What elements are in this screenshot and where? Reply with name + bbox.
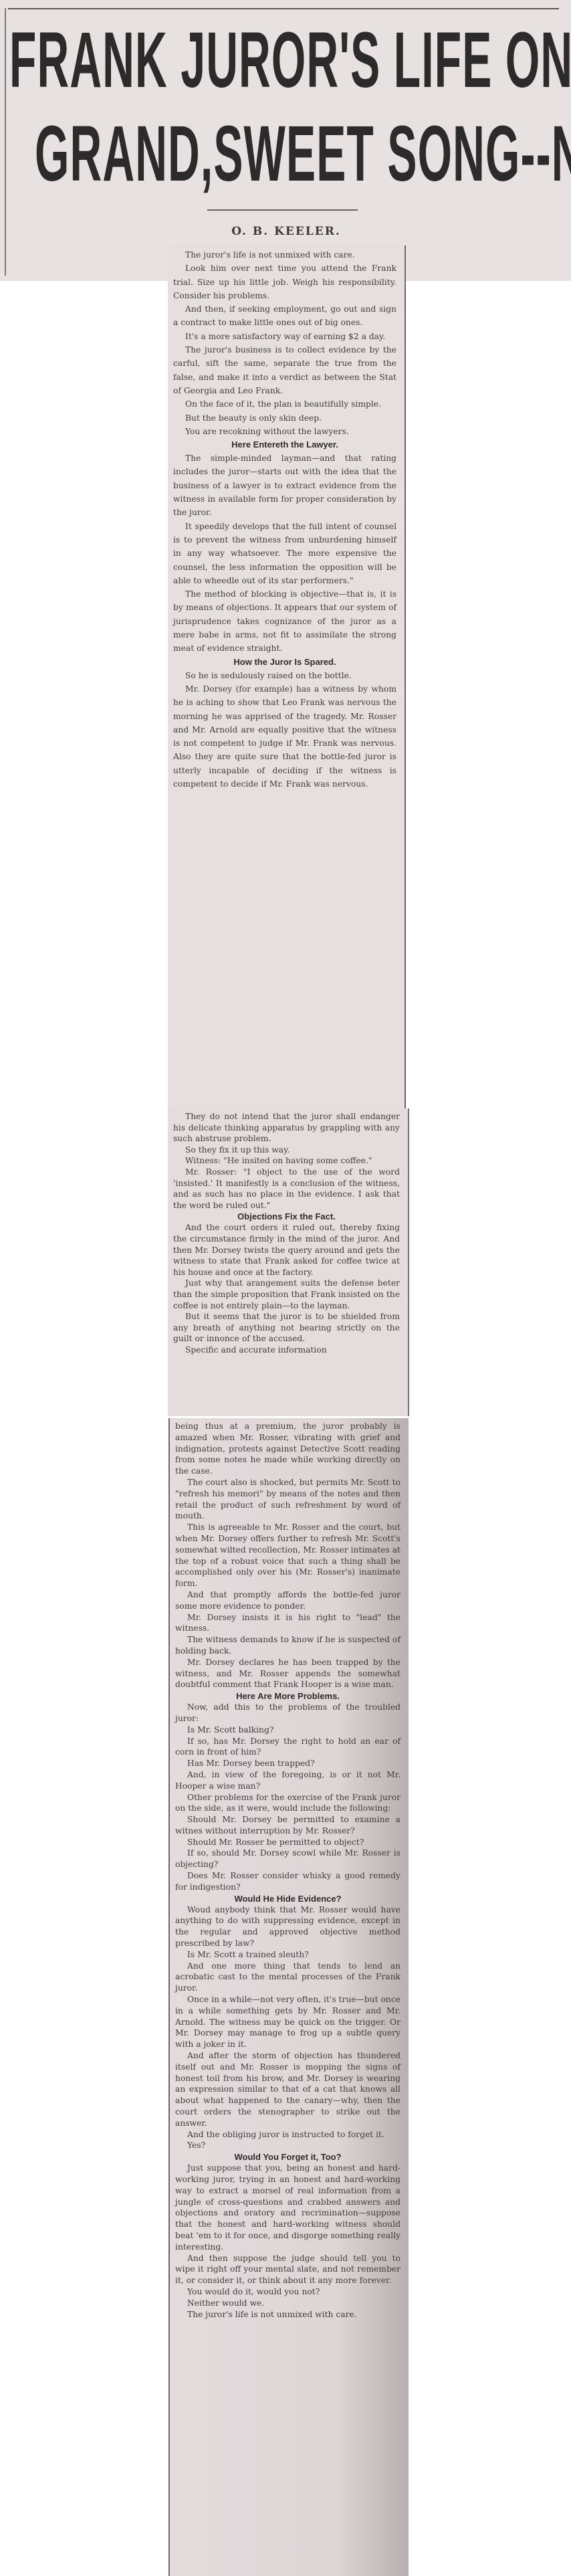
article-paragraph: Just why that arangement suits the defen… (173, 1278, 400, 1311)
left-rule (5, 8, 6, 276)
article-paragraph: The method of blocking is objective—that… (173, 587, 396, 655)
article-paragraph: Is Mr. Scott a trained sleuth? (175, 1949, 401, 1961)
article-paragraph: The simple-minded layman—and that rating… (173, 452, 396, 519)
section-subhead: Here Are More Problems. (175, 1690, 401, 1702)
article-paragraph: If so, has Mr. Dorsey the right to hold … (175, 1736, 401, 1759)
byline-rule (207, 209, 358, 211)
article-paragraph: Yes? (175, 2140, 401, 2151)
article-paragraph: Has Mr. Dorsey been trapped? (175, 1758, 401, 1769)
article-column-1: The juror's life is not unmixed with car… (168, 245, 406, 1108)
section-subhead: Objections Fix the Fact. (173, 1211, 400, 1222)
article-paragraph: And, in view of the foregoing, is or it … (175, 1769, 401, 1792)
byline: O. B. KEELER. (167, 225, 405, 238)
article-paragraph: The juror's life is not unmixed with car… (173, 248, 396, 262)
article-paragraph: On the face of it, the plan is beautiful… (173, 397, 396, 411)
article-paragraph: Mr. Dorsey insists it is his right to "l… (175, 1612, 401, 1635)
article-paragraph: You would do it, would you not? (175, 2286, 401, 2298)
article-paragraph: Should Mr. Rosser be permitted to object… (175, 1837, 401, 1848)
article-paragraph: If so, should Mr. Dorsey scowl while Mr.… (175, 1848, 401, 1870)
article-paragraph: The witness demands to know if he is sus… (175, 1634, 401, 1657)
article-paragraph: The juror's life is not unmixed with car… (175, 2309, 401, 2320)
article-paragraph: being thus at a premium, the juror proba… (175, 1421, 401, 1477)
article-paragraph: They do not intend that the juror shall … (173, 1111, 400, 1145)
article-paragraph: Look him over next time you attend the F… (173, 262, 396, 302)
article-paragraph: Once in a while—not very often, it's tru… (175, 1994, 401, 2050)
article-paragraph: Mr. Dorsey (for example) has a witness b… (173, 682, 396, 791)
section-subhead: Would He Hide Evidence? (175, 1893, 401, 1904)
article-paragraph: Woud anybody think that Mr. Rosser would… (175, 1904, 401, 1949)
article-paragraph: But it seems that the juror is to be shi… (173, 1311, 400, 1345)
article-paragraph: And then suppose the judge should tell y… (175, 2253, 401, 2286)
article-paragraph: And that promptly affords the bottle-fed… (175, 1589, 401, 1612)
article-paragraph: And one more thing that tends to lend an… (175, 1961, 401, 1994)
article-paragraph: But the beauty is only skin deep. (173, 411, 396, 425)
article-paragraph: Now, add this to the problems of the tro… (175, 1702, 401, 1724)
headline-line-2: GRAND,SWEET SONG--NOT (35, 108, 559, 199)
article-paragraph: The court also is shocked, but permits M… (175, 1477, 401, 1522)
section-subhead: How the Juror Is Spared. (173, 656, 396, 669)
article-paragraph: Mr. Dorsey declares he has been trapped … (175, 1657, 401, 1690)
article-paragraph: And the obliging juror is instructed to … (175, 2129, 401, 2141)
article-paragraph: Mr. Rosser: "I object to the use of the … (173, 1167, 400, 1211)
article-column-2: They do not intend that the juror shall … (168, 1108, 409, 1416)
article-paragraph: Other problems for the exercise of the F… (175, 1792, 401, 1815)
article-paragraph: Should Mr. Dorsey be permitted to examin… (175, 1814, 401, 1837)
article-paragraph: Neither would we. (175, 2298, 401, 2309)
article-paragraph: Does Mr. Rosser consider whisky a good r… (175, 1870, 401, 1893)
headline-block: FRANK JUROR'S LIFE ONE GRAND,SWEET SONG-… (0, 0, 571, 281)
article-column-3: being thus at a premium, the juror proba… (168, 1418, 409, 2576)
article-paragraph: And after the storm of objection has thu… (175, 2050, 401, 2129)
article-paragraph: It's a more satisfactory way of earning … (173, 330, 396, 343)
top-rule (8, 8, 559, 9)
article-paragraph: Just suppose that you, being an honest a… (175, 2163, 401, 2252)
article-paragraph: And then, if seeking employment, go out … (173, 302, 396, 330)
article-paragraph: You are recokning without the lawyers. (173, 425, 396, 438)
article-paragraph: This is agreeable to Mr. Rosser and the … (175, 1522, 401, 1589)
article-paragraph: Witness: "He insited on having some coff… (173, 1155, 400, 1167)
article-paragraph: And the court orders it ruled out, there… (173, 1222, 400, 1278)
article-paragraph: Is Mr. Scott balking? (175, 1724, 401, 1736)
article-paragraph: Specific and accurate information (173, 1345, 400, 1356)
article-paragraph: It speedily develops that the full inten… (173, 520, 396, 587)
headline-line-1: FRANK JUROR'S LIFE ONE (9, 15, 534, 106)
section-subhead: Would You Forget it, Too? (175, 2151, 401, 2163)
article-paragraph: The juror's business is to collect evide… (173, 343, 396, 397)
section-subhead: Here Entereth the Lawyer. (173, 438, 396, 452)
article-paragraph: So they fix it up this way. (173, 1145, 400, 1156)
article-paragraph: So he is sedulously raised on the bottle… (173, 669, 396, 682)
